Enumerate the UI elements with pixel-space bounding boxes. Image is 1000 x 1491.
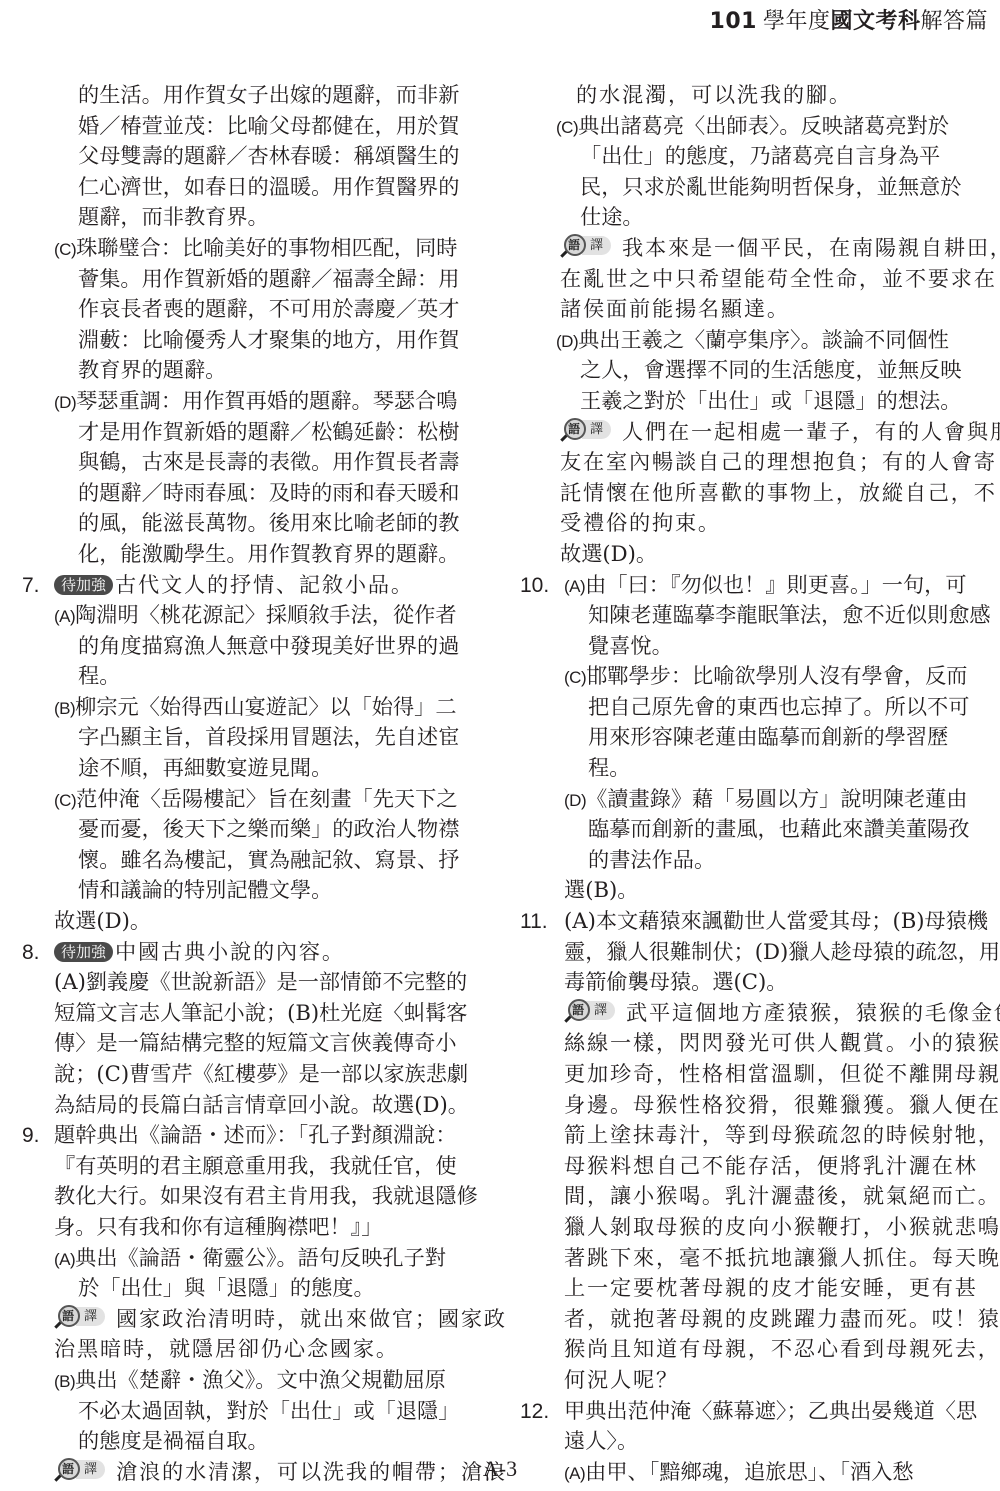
question-number: 8. xyxy=(22,938,54,969)
text-line: 程。 xyxy=(22,661,492,692)
text-line: 仕途。 xyxy=(520,202,998,233)
option-b-line: (B)典出《楚辭・漁父》。文中漁父規勸屈原 xyxy=(22,1365,492,1396)
text-line: 淵藪：比喻優秀人才聚集的地方，用作賀 xyxy=(22,325,492,356)
question-number: 7. xyxy=(22,571,54,602)
translation-magnifier-icon: 譯語 xyxy=(560,418,616,442)
question-number: 9. xyxy=(22,1121,54,1152)
header-year: 101 xyxy=(710,9,757,34)
text-line: 短篇文言志人筆記小說；(B)杜光庭〈虯髯客 xyxy=(22,998,492,1029)
text: 柳宗元〈始得西山宴遊記〉以「始得」二 xyxy=(75,694,456,719)
translation-line: 治黑暗時，就隱居卻仍心念國家。 xyxy=(22,1334,492,1365)
text-line: 於「出仕」與「退隱」的態度。 xyxy=(22,1273,492,1304)
question-10-header: 10.(A)由「曰：『勿似也！』則更喜。」一句，可 xyxy=(520,570,998,601)
text: 珠聯璧合：比喻美好的事物相匹配，同時 xyxy=(76,235,457,260)
text-line: 「出仕」的態度，乃諸葛亮自言身為平 xyxy=(520,141,998,172)
text-line: 婚／椿萱並茂：比喻父母都健在，用於賀 xyxy=(22,111,492,142)
text-line: (A)劉義慶《世說新語》是一部情節不完整的 xyxy=(22,967,492,998)
text-line: 說；(C)曹雪芹《紅樓夢》是一部以家族悲劇 xyxy=(22,1059,492,1090)
option-label: (D) xyxy=(564,791,586,810)
option-c-line: (C)范仲淹〈岳陽樓記〉旨在刻畫「先天下之 xyxy=(22,784,492,815)
translation-line: 友在室內暢談自己的理想抱負；有的人會寄 xyxy=(520,447,998,478)
text-line: 途不順，再細數宴遊見聞。 xyxy=(22,753,492,784)
question-topic: 古代文人的抒情、記敘小品。 xyxy=(115,572,414,597)
text-line: 遠人〉。 xyxy=(520,1426,998,1457)
text: 我本來是一個平民，在南陽親自耕田， xyxy=(622,235,1000,260)
text: 典出《楚辭・漁父》。文中漁父規勸屈原 xyxy=(75,1367,446,1392)
translation-line: 間，讓小猴喝。乳汁灑盡後，就氣絕而亡。 xyxy=(520,1181,998,1212)
text-line: 之人，會選擇不同的生活態度，並無反映 xyxy=(520,355,998,386)
translation-line: 譯語國家政治清明時，就出來做官；國家政 xyxy=(22,1304,492,1335)
text-line: 用來形容陳老蓮由臨摹而創新的學習歷 xyxy=(520,722,998,753)
option-a-line: (A)典出《論語・衛靈公》。語句反映孔子對 xyxy=(22,1243,492,1274)
right-column: 的水混濁，可以洗我的腳。 (C)典出諸葛亮〈出師表〉。反映諸葛亮對於 「出仕」的… xyxy=(520,80,998,1487)
option-d-line: (D)《讀畫錄》藉「易圓以方」說明陳老蓮由 xyxy=(520,784,998,815)
text-line: 字凸顯主旨，首段採用冒題法，先自述宦 xyxy=(22,722,492,753)
question-number: 12. xyxy=(520,1397,564,1428)
question-8-header: 8.待加強中國古典小說的內容。 xyxy=(22,937,492,968)
option-label: (D) xyxy=(556,332,578,351)
question-number: 11. xyxy=(520,907,564,938)
text-line: 化，能激勵學生。用作賀教育界的題辭。 xyxy=(22,539,492,570)
option-a-line: (A)陶淵明〈桃花源記〉採順敘手法，從作者 xyxy=(22,600,492,631)
question-12-header: 12.甲典出范仲淹〈蘇幕遮〉；乙典出晏幾道〈思 xyxy=(520,1396,998,1427)
text-line: 教化大行。如果沒有君主肯用我，我就退隱修 xyxy=(22,1181,492,1212)
option-label: (C) xyxy=(556,118,578,137)
text-line: 的書法作品。 xyxy=(520,845,998,876)
text-line: 懷。雖名為樓記，實為融記敘、寫景、抒 xyxy=(22,845,492,876)
translation-line: 受禮俗的拘束。 xyxy=(520,508,998,539)
text: 典出諸葛亮〈出師表〉。反映諸葛亮對於 xyxy=(578,113,949,138)
question-topic: 中國古典小說的內容。 xyxy=(115,939,345,964)
translation-line: 絲線一樣，閃閃發光可供人觀賞。小的猿猴 xyxy=(520,1028,998,1059)
text-line: 『有英明的君主願意重用我，我就任官，使 xyxy=(22,1151,492,1182)
text-line: 教育界的題辭。 xyxy=(22,355,492,386)
text-line: 覺喜悅。 xyxy=(520,631,998,662)
answer-line: 故選(D)。 xyxy=(22,906,492,937)
translation-line: 在亂世之中只希望能苟全性命，並不要求在 xyxy=(520,264,998,295)
question-number: 10. xyxy=(520,571,564,602)
text-line: 作哀長者喪的題辭，不可用於壽慶／英才 xyxy=(22,294,492,325)
translation-line: 者，就抱著母親的皮跳躍力盡而死。哎！猿 xyxy=(520,1304,998,1335)
translation-line: 著跳下來，毫不抵抗地讓獵人抓住。每天晚 xyxy=(520,1243,998,1274)
text-line: 才是用作賀新婚的題辭／松鶴延齡：松樹 xyxy=(22,417,492,448)
text-line: 仁心濟世，如春日的溫暖。用作賀醫界的 xyxy=(22,172,492,203)
text-line: 民，只求於亂世能夠明哲保身，並無意於 xyxy=(520,172,998,203)
translation-line: 譯語我本來是一個平民，在南陽親自耕田， xyxy=(520,233,998,264)
header-title-a: 學年度 xyxy=(763,9,831,34)
text-line: 的題辭／時雨春風：及時的雨和春天暖和 xyxy=(22,478,492,509)
answer-line: 故選(D)。 xyxy=(520,539,998,570)
text-line: 薈集。用作賀新婚的題辭／福壽全歸：用 xyxy=(22,264,492,295)
translation-line: 箭上塗抹毒汁，等到母猴疏忽的時候射牠， xyxy=(520,1120,998,1151)
text-line: 的角度描寫漁人無意中發現美好世界的過 xyxy=(22,631,492,662)
text-line: 毒箭偷襲母猿。選(C)。 xyxy=(520,967,998,998)
translation-line: 猴尚且知道有母親，不忍心看到母親死去， xyxy=(520,1334,998,1365)
needs-improvement-badge: 待加強 xyxy=(54,942,113,962)
text-line: 為結局的長篇白話言情章回小說。故選(D)。 xyxy=(22,1090,492,1121)
text: 典出王羲之〈蘭亭集序〉。談論不同個性 xyxy=(578,327,949,352)
translation-magnifier-icon: 譯語 xyxy=(54,1305,110,1329)
translation-line: 託情懷在他所喜歡的事物上，放縱自己，不 xyxy=(520,478,998,509)
question-7-header: 7.待加強古代文人的抒情、記敘小品。 xyxy=(22,570,492,601)
text-line: 的態度是禍福自取。 xyxy=(22,1426,492,1457)
text-line: 程。 xyxy=(520,753,998,784)
option-d-line: (D)琴瑟重調：用作賀再婚的題辭。琴瑟合鳴 xyxy=(22,386,492,417)
text: 陶淵明〈桃花源記〉採順敘手法，從作者 xyxy=(75,602,456,627)
text: 由「曰：『勿似也！』則更喜。」一句，可 xyxy=(585,572,966,597)
page-header: 101學年度國文考科解答篇 xyxy=(710,4,988,35)
option-label: (C) xyxy=(564,668,586,687)
text-line: 靈，獵人很難制伏；(D)獵人趁母猿的疏忽，用 xyxy=(520,937,998,968)
translation-line: 身邊。母猴性格狡猾，很難獵獲。獵人便在 xyxy=(520,1090,998,1121)
text-line: 情和議論的特別記體文學。 xyxy=(22,875,492,906)
text-line: 父母雙壽的題辭／杏林春暖：稱頌醫生的 xyxy=(22,141,492,172)
text-line: 憂而憂，後天下之樂而樂」的政治人物襟 xyxy=(22,814,492,845)
translation-magnifier-icon: 譯語 xyxy=(560,234,616,258)
text-line: 的生活。用作賀女子出嫁的題辭，而非新 xyxy=(22,80,492,111)
text: 題幹典出《論語・述而》：「孔子對顏淵說： xyxy=(54,1122,457,1147)
text: 《讀畫錄》藉「易圓以方」說明陳老蓮由 xyxy=(586,786,967,811)
header-title-b: 國文考科 xyxy=(830,9,920,34)
text-line: 身。只有我和你有這種胸襟吧！』」 xyxy=(22,1212,492,1243)
text-line: 不必太過固執，對於「出仕」或「退隱」 xyxy=(22,1396,492,1427)
needs-improvement-badge: 待加強 xyxy=(54,575,113,595)
translation-magnifier-icon: 譯語 xyxy=(564,999,620,1023)
translation-line: 譯語人們在一起相處一輩子，有的人會與朋 xyxy=(520,417,998,448)
text-line: 與鶴，古來是長壽的表徵。用作賀長者壽 xyxy=(22,447,492,478)
translation-line: 上一定要枕著母親的皮才能安睡，更有甚 xyxy=(520,1273,998,1304)
translation-line: 母猴料想自己不能存活，便將乳汁灑在林 xyxy=(520,1151,998,1182)
text-line: 王羲之對於「出仕」或「退隱」的想法。 xyxy=(520,386,998,417)
question-9-header: 9.題幹典出《論語・述而》：「孔子對顏淵說： xyxy=(22,1120,492,1151)
text: 邯鄲學步：比喻欲學別人沒有學會，反而 xyxy=(586,663,967,688)
text: 國家政治清明時，就出來做官；國家政 xyxy=(116,1306,507,1331)
translation-line: 諸侯面前能揚名顯達。 xyxy=(520,294,998,325)
translation-line: 譯語武平這個地方產猿猴，猿猴的毛像金色 xyxy=(520,998,998,1029)
text: 人們在一起相處一輩子，有的人會與朋 xyxy=(622,419,1000,444)
text: (A)本文藉猿來諷勸世人當愛其母；(B)母猿機 xyxy=(564,908,988,933)
text-line: 傳〉是一篇結構完整的短篇文言俠義傳奇小 xyxy=(22,1028,492,1059)
text: 武平這個地方產猿猴，猿猴的毛像金色 xyxy=(626,1000,1000,1025)
option-label: (B) xyxy=(54,1372,75,1391)
header-title-c: 解答篇 xyxy=(920,9,988,34)
text: 甲典出范仲淹〈蘇幕遮〉；乙典出晏幾道〈思 xyxy=(564,1398,977,1423)
text: 琴瑟重調：用作賀再婚的題辭。琴瑟合鳴 xyxy=(76,388,457,413)
text: 范仲淹〈岳陽樓記〉旨在刻畫「先天下之 xyxy=(76,786,457,811)
option-label: (C) xyxy=(54,791,76,810)
text-line: 的風，能滋長萬物。後用來比喻老師的教 xyxy=(22,508,492,539)
question-11-header: 11.(A)本文藉猿來諷勸世人當愛其母；(B)母猿機 xyxy=(520,906,998,937)
option-label: (B) xyxy=(54,699,75,718)
option-c-line: (C)珠聯璧合：比喻美好的事物相匹配，同時 xyxy=(22,233,492,264)
text-line: 知陳老蓮臨摹李龍眠筆法，愈不近似則愈感 xyxy=(520,600,998,631)
text-line: 臨摹而創新的畫風，也藉此來讚美董陽孜 xyxy=(520,814,998,845)
option-label: (C) xyxy=(54,240,76,259)
text-line: 題辭，而非教育界。 xyxy=(22,202,492,233)
translation-line: 獵人剝取母猴的皮向小猴鞭打，小猴就悲鳴 xyxy=(520,1212,998,1243)
translation-line: 的水混濁，可以洗我的腳。 xyxy=(520,80,998,111)
option-b-line: (B)柳宗元〈始得西山宴遊記〉以「始得」二 xyxy=(22,692,492,723)
page-number: A-3 xyxy=(0,1456,1000,1482)
translation-line: 更加珍奇，性格相當溫馴，但從不離開母親 xyxy=(520,1059,998,1090)
left-column: 的生活。用作賀女子出嫁的題辭，而非新 婚／椿萱並茂：比喻父母都健在，用於賀 父母… xyxy=(22,80,492,1487)
option-label: (A) xyxy=(54,1250,75,1269)
option-label: (A) xyxy=(54,607,75,626)
option-c-line: (C)邯鄲學步：比喻欲學別人沒有學會，反而 xyxy=(520,661,998,692)
option-label: (A) xyxy=(564,577,585,596)
option-label: (D) xyxy=(54,393,76,412)
answer-line: 選(B)。 xyxy=(520,875,998,906)
text-line: 把自己原先會的東西也忘掉了。所以不可 xyxy=(520,692,998,723)
option-d-line: (D)典出王羲之〈蘭亭集序〉。談論不同個性 xyxy=(520,325,998,356)
translation-line: 何況人呢？ xyxy=(520,1365,998,1396)
option-c-line: (C)典出諸葛亮〈出師表〉。反映諸葛亮對於 xyxy=(520,111,998,142)
text: 典出《論語・衛靈公》。語句反映孔子對 xyxy=(75,1245,446,1270)
